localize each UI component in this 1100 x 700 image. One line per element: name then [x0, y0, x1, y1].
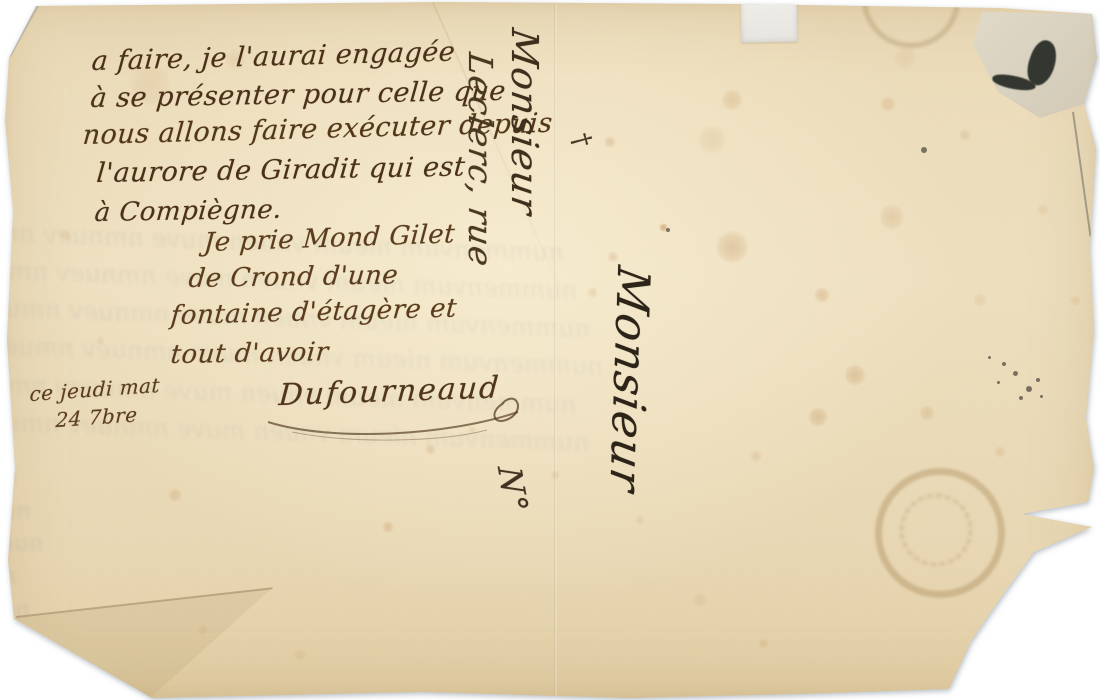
foxing-spot	[168, 488, 182, 502]
letter-line: tout d'avoir	[169, 337, 330, 370]
ink-speck	[1002, 362, 1006, 366]
foxing-spot	[814, 287, 830, 303]
foxing-spot	[604, 136, 616, 148]
foxing-spot	[893, 46, 917, 70]
address-addressee: Leclerc, rue	[461, 51, 500, 270]
foxing-spot	[808, 407, 828, 427]
foxing-spot	[294, 649, 306, 661]
foxing-spot	[1037, 204, 1049, 216]
letter-line: de Crond d'une	[187, 260, 399, 294]
address-center-salutation: Monsieur	[599, 263, 660, 497]
foxing-spot	[697, 125, 727, 155]
foxing-spot	[635, 515, 645, 525]
ink-speck	[1040, 395, 1043, 398]
foxing-spot	[96, 336, 105, 345]
foxing-spot	[959, 129, 971, 141]
bleedthrough-text-line: nummenvum nieum vnuen muve nmnuev nmuen …	[0, 649, 16, 689]
ink-speck	[1019, 396, 1023, 400]
ink-speck	[988, 356, 991, 359]
foxing-spot	[750, 450, 762, 462]
foxing-spot	[879, 204, 905, 230]
foxing-spot	[587, 287, 598, 298]
foxing-spot	[198, 625, 208, 635]
tape-fragment	[741, 0, 798, 42]
foxing-spot	[919, 405, 935, 421]
foxing-spot	[550, 470, 560, 480]
numero-mark: N°	[490, 466, 536, 513]
ink-speck	[1036, 378, 1040, 382]
address-salutation: Monsieur	[503, 26, 546, 218]
letter-line: à Compiègne.	[93, 195, 283, 228]
foxing-spot	[382, 521, 394, 533]
ink-speck	[1013, 371, 1018, 376]
ink-speck	[666, 228, 670, 232]
foxing-spot	[973, 293, 987, 307]
foxing-spot	[693, 593, 707, 607]
foxing-spot	[1070, 295, 1081, 306]
foxing-spot	[721, 89, 743, 111]
letter-paper-sheet: nummenvum nieum vnuen muve nmnuev nmuen …	[0, 0, 1100, 700]
foxing-spot	[994, 446, 1006, 458]
ink-speck	[997, 381, 1000, 384]
foxing-spot	[880, 96, 896, 112]
ink-speck	[921, 147, 927, 153]
letter-line: l'aurore de Giradit qui est	[95, 152, 466, 189]
foxing-spot	[607, 251, 619, 263]
bleedthrough-text-line: nummenvum nieum vnuen muve nmnuev nmuen …	[0, 418, 5, 458]
foxing-spot	[758, 638, 769, 649]
paper-shadow-wrap: nummenvum nieum vnuen muve nmnuev nmuen …	[0, 0, 1100, 700]
foxing-spot	[844, 364, 866, 386]
foxing-spot	[59, 229, 71, 241]
ink-speck	[1026, 386, 1032, 392]
signature-flourish	[262, 392, 532, 452]
scanned-letter-stage: nummenvum nieum vnuen muve nmnuev nmuen …	[0, 0, 1100, 700]
foxing-spot	[715, 230, 749, 264]
